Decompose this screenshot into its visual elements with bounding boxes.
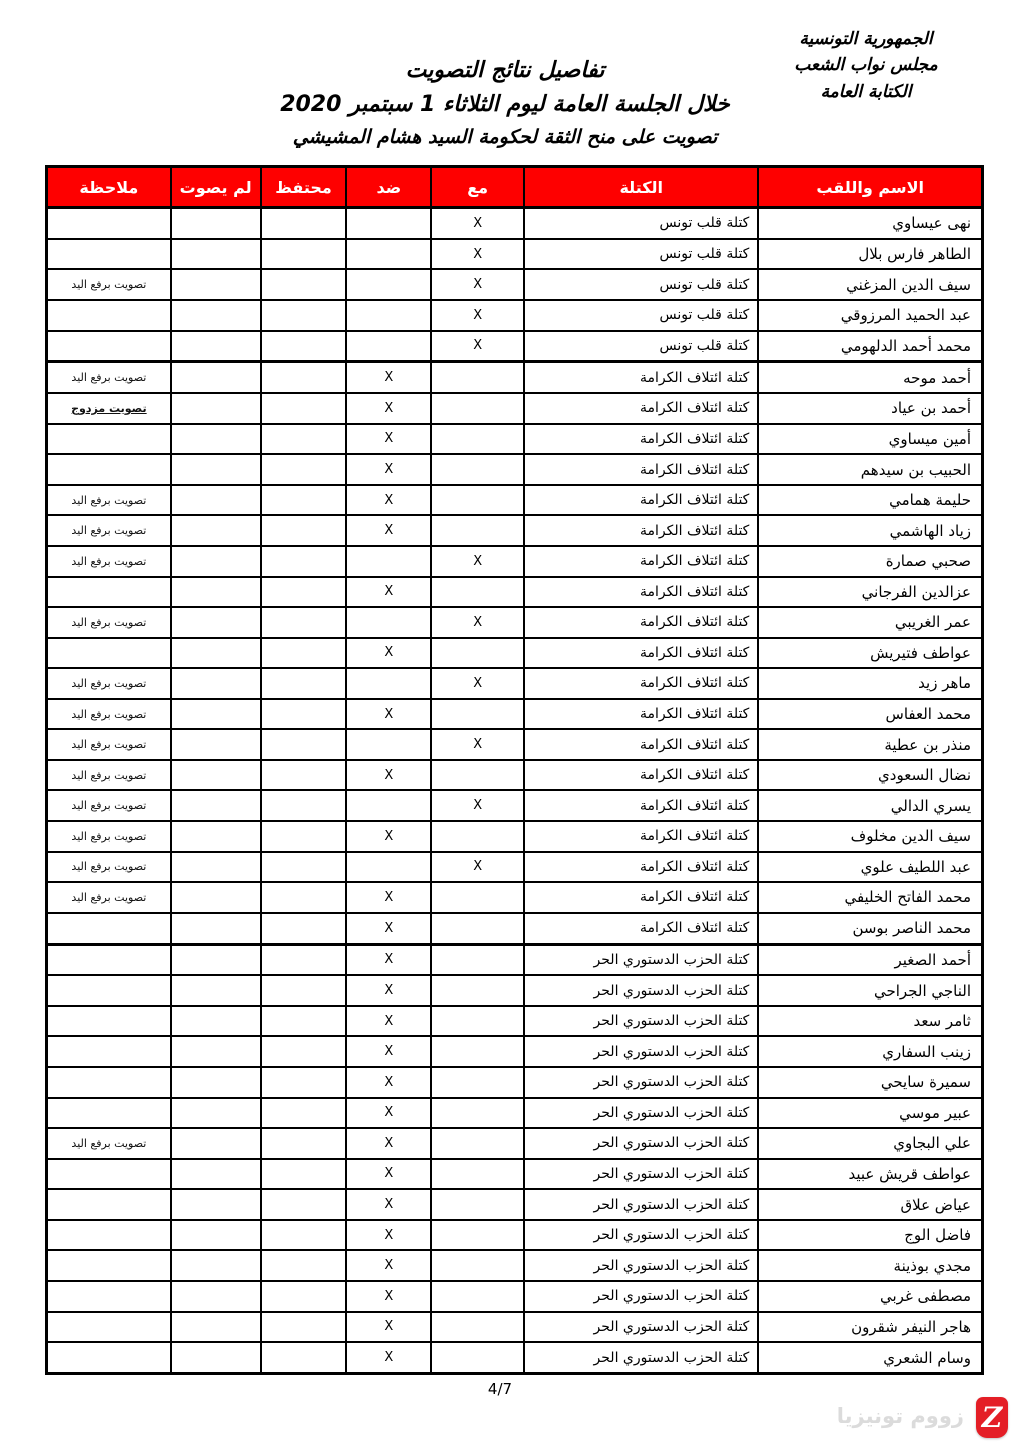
member-name: محمد العفاس (758, 699, 982, 730)
table-row: حليمة همامي كتلة ائتلاف الكرامة X تصويت … (47, 485, 983, 516)
bloc-name: كتلة ائتلاف الكرامة (524, 852, 758, 883)
member-name: نهى عيساوي (758, 208, 982, 239)
note-cell: تصويت برفع اليد (47, 699, 171, 730)
vote-against-cell (346, 668, 431, 699)
table-row: محمد الفاتح الخليفي كتلة ائتلاف الكرامة … (47, 882, 983, 913)
note-cell (47, 1220, 171, 1251)
vote-no_vote-cell (171, 300, 261, 331)
bloc-name: كتلة قلب تونس (524, 331, 758, 362)
vote-no_vote-cell (171, 1342, 261, 1373)
table-row: مصطفى غربي كتلة الحزب الدستوري الحر X (47, 1281, 983, 1312)
vote-abstain-cell (261, 424, 347, 455)
table-row: أحمد الصغير كتلة الحزب الدستوري الحر X (47, 944, 983, 975)
vote-abstain-cell (261, 1312, 347, 1343)
vote-abstain-cell (261, 821, 347, 852)
vote-against-cell: X (346, 1312, 431, 1343)
table-row: يسري الدالي كتلة ائتلاف الكرامة X تصويت … (47, 790, 983, 821)
note-cell: تصويت برفع اليد (47, 852, 171, 883)
note-cell: تصويت برفع اليد (47, 821, 171, 852)
member-name: ماهر زيد (758, 668, 982, 699)
member-name: وسام الشعري (758, 1342, 982, 1373)
vote-for-cell (431, 1220, 524, 1251)
vote-no_vote-cell (171, 975, 261, 1006)
vote-against-cell (346, 546, 431, 577)
note-cell: تصويت برفع اليد (47, 362, 171, 393)
vote-against-cell: X (346, 515, 431, 546)
note-cell: تصويت برفع اليد (47, 485, 171, 516)
note-cell: تصويت برفع اليد (47, 668, 171, 699)
vote-abstain-cell (261, 882, 347, 913)
table-row: عزالدين الفرجاني كتلة ائتلاف الكرامة X (47, 577, 983, 608)
bloc-name: كتلة الحزب الدستوري الحر (524, 1067, 758, 1098)
vote-for-cell (431, 1006, 524, 1037)
table-row: عبد اللطيف علوي كتلة ائتلاف الكرامة X تص… (47, 852, 983, 883)
vote-for-cell (431, 362, 524, 393)
vote-for-cell (431, 699, 524, 730)
watermark-logo-icon: Z (976, 1397, 1008, 1438)
vote-against-cell (346, 852, 431, 883)
vote-for-cell: X (431, 668, 524, 699)
vote-abstain-cell (261, 1342, 347, 1373)
vote-no_vote-cell (171, 239, 261, 270)
vote-for-cell (431, 821, 524, 852)
vote-no_vote-cell (171, 331, 261, 362)
bloc-name: كتلة ائتلاف الكرامة (524, 454, 758, 485)
vote-against-cell: X (346, 1128, 431, 1159)
title-session: خلال الجلسة العامة ليوم الثلاثاء 1 سبتمب… (0, 92, 1010, 117)
vote-abstain-cell (261, 1036, 347, 1067)
vote-against-cell: X (346, 424, 431, 455)
bloc-name: كتلة الحزب الدستوري الحر (524, 1128, 758, 1159)
note-cell (47, 577, 171, 608)
table-row: نهى عيساوي كتلة قلب تونس X (47, 208, 983, 239)
table-body: نهى عيساوي كتلة قلب تونس X الطاهر فارس ب… (47, 208, 983, 1374)
note-cell: تصويت برفع اليد (47, 729, 171, 760)
member-name: أحمد بن عياد (758, 393, 982, 424)
vote-no_vote-cell (171, 913, 261, 944)
member-name: أمين ميساوي (758, 424, 982, 455)
member-name: محمد أحمد الدلهومي (758, 331, 982, 362)
bloc-name: كتلة الحزب الدستوري الحر (524, 1220, 758, 1251)
vote-for-cell (431, 515, 524, 546)
vote-for-cell: X (431, 331, 524, 362)
vote-abstain-cell (261, 1189, 347, 1220)
vote-no_vote-cell (171, 515, 261, 546)
vote-no_vote-cell (171, 882, 261, 913)
vote-against-cell (346, 269, 431, 300)
vote-no_vote-cell (171, 1220, 261, 1251)
note-cell (47, 1006, 171, 1037)
watermark-logo-letter: Z (982, 1404, 1002, 1432)
vote-abstain-cell (261, 760, 347, 791)
member-name: عواطف قريش عبيد (758, 1159, 982, 1190)
vote-no_vote-cell (171, 1189, 261, 1220)
vote-for-cell (431, 485, 524, 516)
table-header-row: الاسم واللقب الكتلة مع ضد محتفظ لم يصوت … (47, 167, 983, 208)
vote-no_vote-cell (171, 607, 261, 638)
vote-against-cell (346, 331, 431, 362)
vote-abstain-cell (261, 1250, 347, 1281)
vote-for-cell (431, 1250, 524, 1281)
vote-for-cell: X (431, 790, 524, 821)
note-cell (47, 1098, 171, 1129)
bloc-name: كتلة الحزب الدستوري الحر (524, 1342, 758, 1373)
member-name: مجدي بوذينة (758, 1250, 982, 1281)
bloc-name: كتلة الحزب الدستوري الحر (524, 1098, 758, 1129)
member-name: نضال السعودي (758, 760, 982, 791)
member-name: علي البجاوي (758, 1128, 982, 1159)
vote-abstain-cell (261, 1067, 347, 1098)
vote-against-cell: X (346, 454, 431, 485)
table-row: ثامر سعد كتلة الحزب الدستوري الحر X (47, 1006, 983, 1037)
watermark-text: زووم تونيزيا (837, 1404, 964, 1428)
note-cell (47, 975, 171, 1006)
vote-abstain-cell (261, 1006, 347, 1037)
vote-abstain-cell (261, 546, 347, 577)
vote-abstain-cell (261, 975, 347, 1006)
vote-abstain-cell (261, 300, 347, 331)
member-name: ثامر سعد (758, 1006, 982, 1037)
vote-no_vote-cell (171, 944, 261, 975)
vote-no_vote-cell (171, 485, 261, 516)
member-name: محمد الناصر بوسن (758, 913, 982, 944)
vote-no_vote-cell (171, 1250, 261, 1281)
vote-against-cell: X (346, 393, 431, 424)
vote-abstain-cell (261, 393, 347, 424)
vote-no_vote-cell (171, 1006, 261, 1037)
document-titles: تفاصيل نتائج التصويت خلال الجلسة العامة … (0, 58, 1010, 148)
member-name: الطاهر فارس بلال (758, 239, 982, 270)
member-name: عزالدين الفرجاني (758, 577, 982, 608)
vote-for-cell (431, 1159, 524, 1190)
table-row: محمد الناصر بوسن كتلة ائتلاف الكرامة X (47, 913, 983, 944)
table-row: ماهر زيد كتلة ائتلاف الكرامة X تصويت برف… (47, 668, 983, 699)
note-cell: تصويت برفع اليد (47, 546, 171, 577)
note-cell (47, 208, 171, 239)
title-subject: تصويت على منح الثقة لحكومة السيد هشام ال… (0, 126, 1010, 148)
member-name: فاضل الوج (758, 1220, 982, 1251)
note-cell (47, 454, 171, 485)
col-header-bloc: الكتلة (524, 167, 758, 208)
table-row: عمر الغريبي كتلة ائتلاف الكرامة X تصويت … (47, 607, 983, 638)
bloc-name: كتلة الحزب الدستوري الحر (524, 1250, 758, 1281)
col-header-note: ملاحظة (47, 167, 171, 208)
member-name: زياد الهاشمي (758, 515, 982, 546)
vote-results-table: الاسم واللقب الكتلة مع ضد محتفظ لم يصوت … (45, 165, 984, 1375)
member-name: عواطف فتيريش (758, 638, 982, 669)
vote-for-cell (431, 1128, 524, 1159)
bloc-name: كتلة ائتلاف الكرامة (524, 882, 758, 913)
bloc-name: كتلة ائتلاف الكرامة (524, 515, 758, 546)
member-name: الناجي الجراحي (758, 975, 982, 1006)
note-cell (47, 331, 171, 362)
member-name: أحمد الصغير (758, 944, 982, 975)
vote-no_vote-cell (171, 821, 261, 852)
vote-against-cell: X (346, 577, 431, 608)
bloc-name: كتلة ائتلاف الكرامة (524, 485, 758, 516)
table-row: علي البجاوي كتلة الحزب الدستوري الحر X ت… (47, 1128, 983, 1159)
vote-against-cell: X (346, 1250, 431, 1281)
vote-against-cell: X (346, 882, 431, 913)
bloc-name: كتلة ائتلاف الكرامة (524, 699, 758, 730)
note-cell (47, 1281, 171, 1312)
vote-no_vote-cell (171, 1036, 261, 1067)
bloc-name: كتلة الحزب الدستوري الحر (524, 975, 758, 1006)
member-name: سيف الدين مخلوف (758, 821, 982, 852)
vote-for-cell (431, 393, 524, 424)
bloc-name: كتلة ائتلاف الكرامة (524, 546, 758, 577)
member-name: عبد الحميد المرزوقي (758, 300, 982, 331)
vote-no_vote-cell (171, 852, 261, 883)
vote-abstain-cell (261, 208, 347, 239)
vote-no_vote-cell (171, 424, 261, 455)
note-cell (47, 300, 171, 331)
vote-no_vote-cell (171, 1312, 261, 1343)
member-name: الحبيب بن سيدهم (758, 454, 982, 485)
note-cell (47, 239, 171, 270)
letterhead-republic: الجمهورية التونسية (736, 26, 996, 52)
vote-for-cell: X (431, 269, 524, 300)
vote-for-cell (431, 913, 524, 944)
table-row: زينب السفاري كتلة الحزب الدستوري الحر X (47, 1036, 983, 1067)
vote-for-cell (431, 944, 524, 975)
bloc-name: كتلة ائتلاف الكرامة (524, 393, 758, 424)
vote-no_vote-cell (171, 1098, 261, 1129)
vote-for-cell (431, 1281, 524, 1312)
vote-no_vote-cell (171, 208, 261, 239)
vote-abstain-cell (261, 913, 347, 944)
note-cell (47, 1036, 171, 1067)
table-row: فاضل الوج كتلة الحزب الدستوري الحر X (47, 1220, 983, 1251)
table-row: زياد الهاشمي كتلة ائتلاف الكرامة X تصويت… (47, 515, 983, 546)
table-row: الحبيب بن سيدهم كتلة ائتلاف الكرامة X (47, 454, 983, 485)
bloc-name: كتلة ائتلاف الكرامة (524, 424, 758, 455)
vote-for-cell: X (431, 852, 524, 883)
vote-against-cell: X (346, 1342, 431, 1373)
page-number: 4/7 (0, 1380, 1000, 1398)
vote-for-cell: X (431, 300, 524, 331)
note-cell (47, 1312, 171, 1343)
table-row: سميرة سايحي كتلة الحزب الدستوري الحر X (47, 1067, 983, 1098)
col-header-no-vote: لم يصوت (171, 167, 261, 208)
note-cell: تصويت برفع اليد (47, 515, 171, 546)
vote-against-cell: X (346, 1220, 431, 1251)
vote-no_vote-cell (171, 668, 261, 699)
vote-for-cell (431, 1189, 524, 1220)
col-header-abstain: محتفظ (261, 167, 347, 208)
vote-no_vote-cell (171, 1128, 261, 1159)
member-name: مصطفى غربي (758, 1281, 982, 1312)
vote-no_vote-cell (171, 790, 261, 821)
member-name: عياض علاق (758, 1189, 982, 1220)
vote-for-cell (431, 638, 524, 669)
vote-against-cell: X (346, 638, 431, 669)
note-cell (47, 944, 171, 975)
vote-against-cell (346, 208, 431, 239)
bloc-name: كتلة ائتلاف الكرامة (524, 790, 758, 821)
vote-no_vote-cell (171, 546, 261, 577)
vote-abstain-cell (261, 485, 347, 516)
vote-abstain-cell (261, 1159, 347, 1190)
bloc-name: كتلة ائتلاف الكرامة (524, 362, 758, 393)
table-row: أحمد بن عياد كتلة ائتلاف الكرامة X تصويت… (47, 393, 983, 424)
member-name: يسري الدالي (758, 790, 982, 821)
vote-against-cell: X (346, 699, 431, 730)
table-row: منذر بن عطية كتلة ائتلاف الكرامة X تصويت… (47, 729, 983, 760)
vote-abstain-cell (261, 269, 347, 300)
vote-for-cell: X (431, 729, 524, 760)
member-name: سميرة سايحي (758, 1067, 982, 1098)
vote-against-cell: X (346, 1006, 431, 1037)
vote-abstain-cell (261, 1128, 347, 1159)
bloc-name: كتلة الحزب الدستوري الحر (524, 944, 758, 975)
note-cell: تصويت برفع اليد (47, 790, 171, 821)
vote-no_vote-cell (171, 269, 261, 300)
vote-no_vote-cell (171, 577, 261, 608)
note-cell: تصويت برفع اليد (47, 269, 171, 300)
member-name: محمد الفاتح الخليفي (758, 882, 982, 913)
title-main: تفاصيل نتائج التصويت (0, 58, 1010, 83)
member-name: عمر الغريبي (758, 607, 982, 638)
col-header-for: مع (431, 167, 524, 208)
member-name: منذر بن عطية (758, 729, 982, 760)
bloc-name: كتلة الحزب الدستوري الحر (524, 1036, 758, 1067)
table-row: محمد أحمد الدلهومي كتلة قلب تونس X (47, 331, 983, 362)
vote-abstain-cell (261, 239, 347, 270)
vote-against-cell: X (346, 1067, 431, 1098)
vote-for-cell (431, 1036, 524, 1067)
vote-against-cell: X (346, 944, 431, 975)
vote-no_vote-cell (171, 362, 261, 393)
vote-against-cell: X (346, 913, 431, 944)
vote-for-cell: X (431, 607, 524, 638)
vote-abstain-cell (261, 852, 347, 883)
vote-abstain-cell (261, 1281, 347, 1312)
vote-against-cell (346, 790, 431, 821)
document-page: الجمهورية التونسية مجلس نواب الشعب الكتا… (0, 0, 1024, 1449)
note-cell (47, 1067, 171, 1098)
vote-abstain-cell (261, 729, 347, 760)
note-cell: تصويت مزدوج (47, 393, 171, 424)
vote-for-cell (431, 760, 524, 791)
member-name: سيف الدين المزغني (758, 269, 982, 300)
vote-against-cell (346, 300, 431, 331)
bloc-name: كتلة الحزب الدستوري الحر (524, 1006, 758, 1037)
note-cell (47, 913, 171, 944)
vote-for-cell: X (431, 208, 524, 239)
bloc-name: كتلة قلب تونس (524, 269, 758, 300)
vote-against-cell: X (346, 1036, 431, 1067)
vote-abstain-cell (261, 331, 347, 362)
vote-no_vote-cell (171, 699, 261, 730)
vote-for-cell (431, 882, 524, 913)
vote-for-cell: X (431, 239, 524, 270)
table-row: محمد العفاس كتلة ائتلاف الكرامة X تصويت … (47, 699, 983, 730)
bloc-name: كتلة ائتلاف الكرامة (524, 577, 758, 608)
bloc-name: كتلة ائتلاف الكرامة (524, 607, 758, 638)
bloc-name: كتلة ائتلاف الكرامة (524, 913, 758, 944)
vote-abstain-cell (261, 668, 347, 699)
table-row: أمين ميساوي كتلة ائتلاف الكرامة X (47, 424, 983, 455)
vote-against-cell: X (346, 1281, 431, 1312)
vote-for-cell (431, 975, 524, 1006)
vote-against-cell (346, 729, 431, 760)
vote-against-cell: X (346, 1159, 431, 1190)
note-cell (47, 638, 171, 669)
table-row: عواطف قريش عبيد كتلة الحزب الدستوري الحر… (47, 1159, 983, 1190)
vote-against-cell: X (346, 975, 431, 1006)
member-name: صحبي صمارة (758, 546, 982, 577)
vote-against-cell: X (346, 362, 431, 393)
vote-abstain-cell (261, 790, 347, 821)
vote-no_vote-cell (171, 729, 261, 760)
member-name: زينب السفاري (758, 1036, 982, 1067)
vote-no_vote-cell (171, 1067, 261, 1098)
table-row: سيف الدين المزغني كتلة قلب تونس X تصويت … (47, 269, 983, 300)
note-cell (47, 1250, 171, 1281)
bloc-name: كتلة ائتلاف الكرامة (524, 760, 758, 791)
table-row: الطاهر فارس بلال كتلة قلب تونس X (47, 239, 983, 270)
vote-abstain-cell (261, 944, 347, 975)
vote-abstain-cell (261, 1098, 347, 1129)
bloc-name: كتلة ائتلاف الكرامة (524, 638, 758, 669)
vote-for-cell (431, 1098, 524, 1129)
member-name: حليمة همامي (758, 485, 982, 516)
table-row: عياض علاق كتلة الحزب الدستوري الحر X (47, 1189, 983, 1220)
vote-against-cell: X (346, 485, 431, 516)
note-cell: تصويت برفع اليد (47, 607, 171, 638)
bloc-name: كتلة قلب تونس (524, 300, 758, 331)
bloc-name: كتلة ائتلاف الكرامة (524, 821, 758, 852)
note-cell (47, 1159, 171, 1190)
note-cell (47, 1189, 171, 1220)
bloc-name: كتلة قلب تونس (524, 208, 758, 239)
note-cell (47, 424, 171, 455)
table-row: الناجي الجراحي كتلة الحزب الدستوري الحر … (47, 975, 983, 1006)
table-row: عواطف فتيريش كتلة ائتلاف الكرامة X (47, 638, 983, 669)
vote-abstain-cell (261, 577, 347, 608)
bloc-name: كتلة الحزب الدستوري الحر (524, 1312, 758, 1343)
vote-for-cell (431, 424, 524, 455)
vote-abstain-cell (261, 638, 347, 669)
vote-for-cell: X (431, 546, 524, 577)
vote-against-cell (346, 239, 431, 270)
table-row: وسام الشعري كتلة الحزب الدستوري الحر X (47, 1342, 983, 1373)
bloc-name: كتلة الحزب الدستوري الحر (524, 1189, 758, 1220)
vote-for-cell (431, 454, 524, 485)
table-row: عبير موسي كتلة الحزب الدستوري الحر X (47, 1098, 983, 1129)
vote-abstain-cell (261, 515, 347, 546)
col-header-name: الاسم واللقب (758, 167, 982, 208)
table-row: صحبي صمارة كتلة ائتلاف الكرامة X تصويت ب… (47, 546, 983, 577)
note-cell: تصويت برفع اليد (47, 882, 171, 913)
note-cell (47, 1342, 171, 1373)
vote-for-cell (431, 1312, 524, 1343)
bloc-name: كتلة الحزب الدستوري الحر (524, 1281, 758, 1312)
table-row: سيف الدين مخلوف كتلة ائتلاف الكرامة X تص… (47, 821, 983, 852)
member-name: هاجر النيفر شقرون (758, 1312, 982, 1343)
col-header-against: ضد (346, 167, 431, 208)
bloc-name: كتلة ائتلاف الكرامة (524, 668, 758, 699)
member-name: عبير موسي (758, 1098, 982, 1129)
vote-against-cell: X (346, 760, 431, 791)
vote-no_vote-cell (171, 760, 261, 791)
member-name: أحمد موحه (758, 362, 982, 393)
table-row: عبد الحميد المرزوقي كتلة قلب تونس X (47, 300, 983, 331)
table-row: مجدي بوذينة كتلة الحزب الدستوري الحر X (47, 1250, 983, 1281)
note-cell: تصويت برفع اليد (47, 760, 171, 791)
vote-abstain-cell (261, 699, 347, 730)
